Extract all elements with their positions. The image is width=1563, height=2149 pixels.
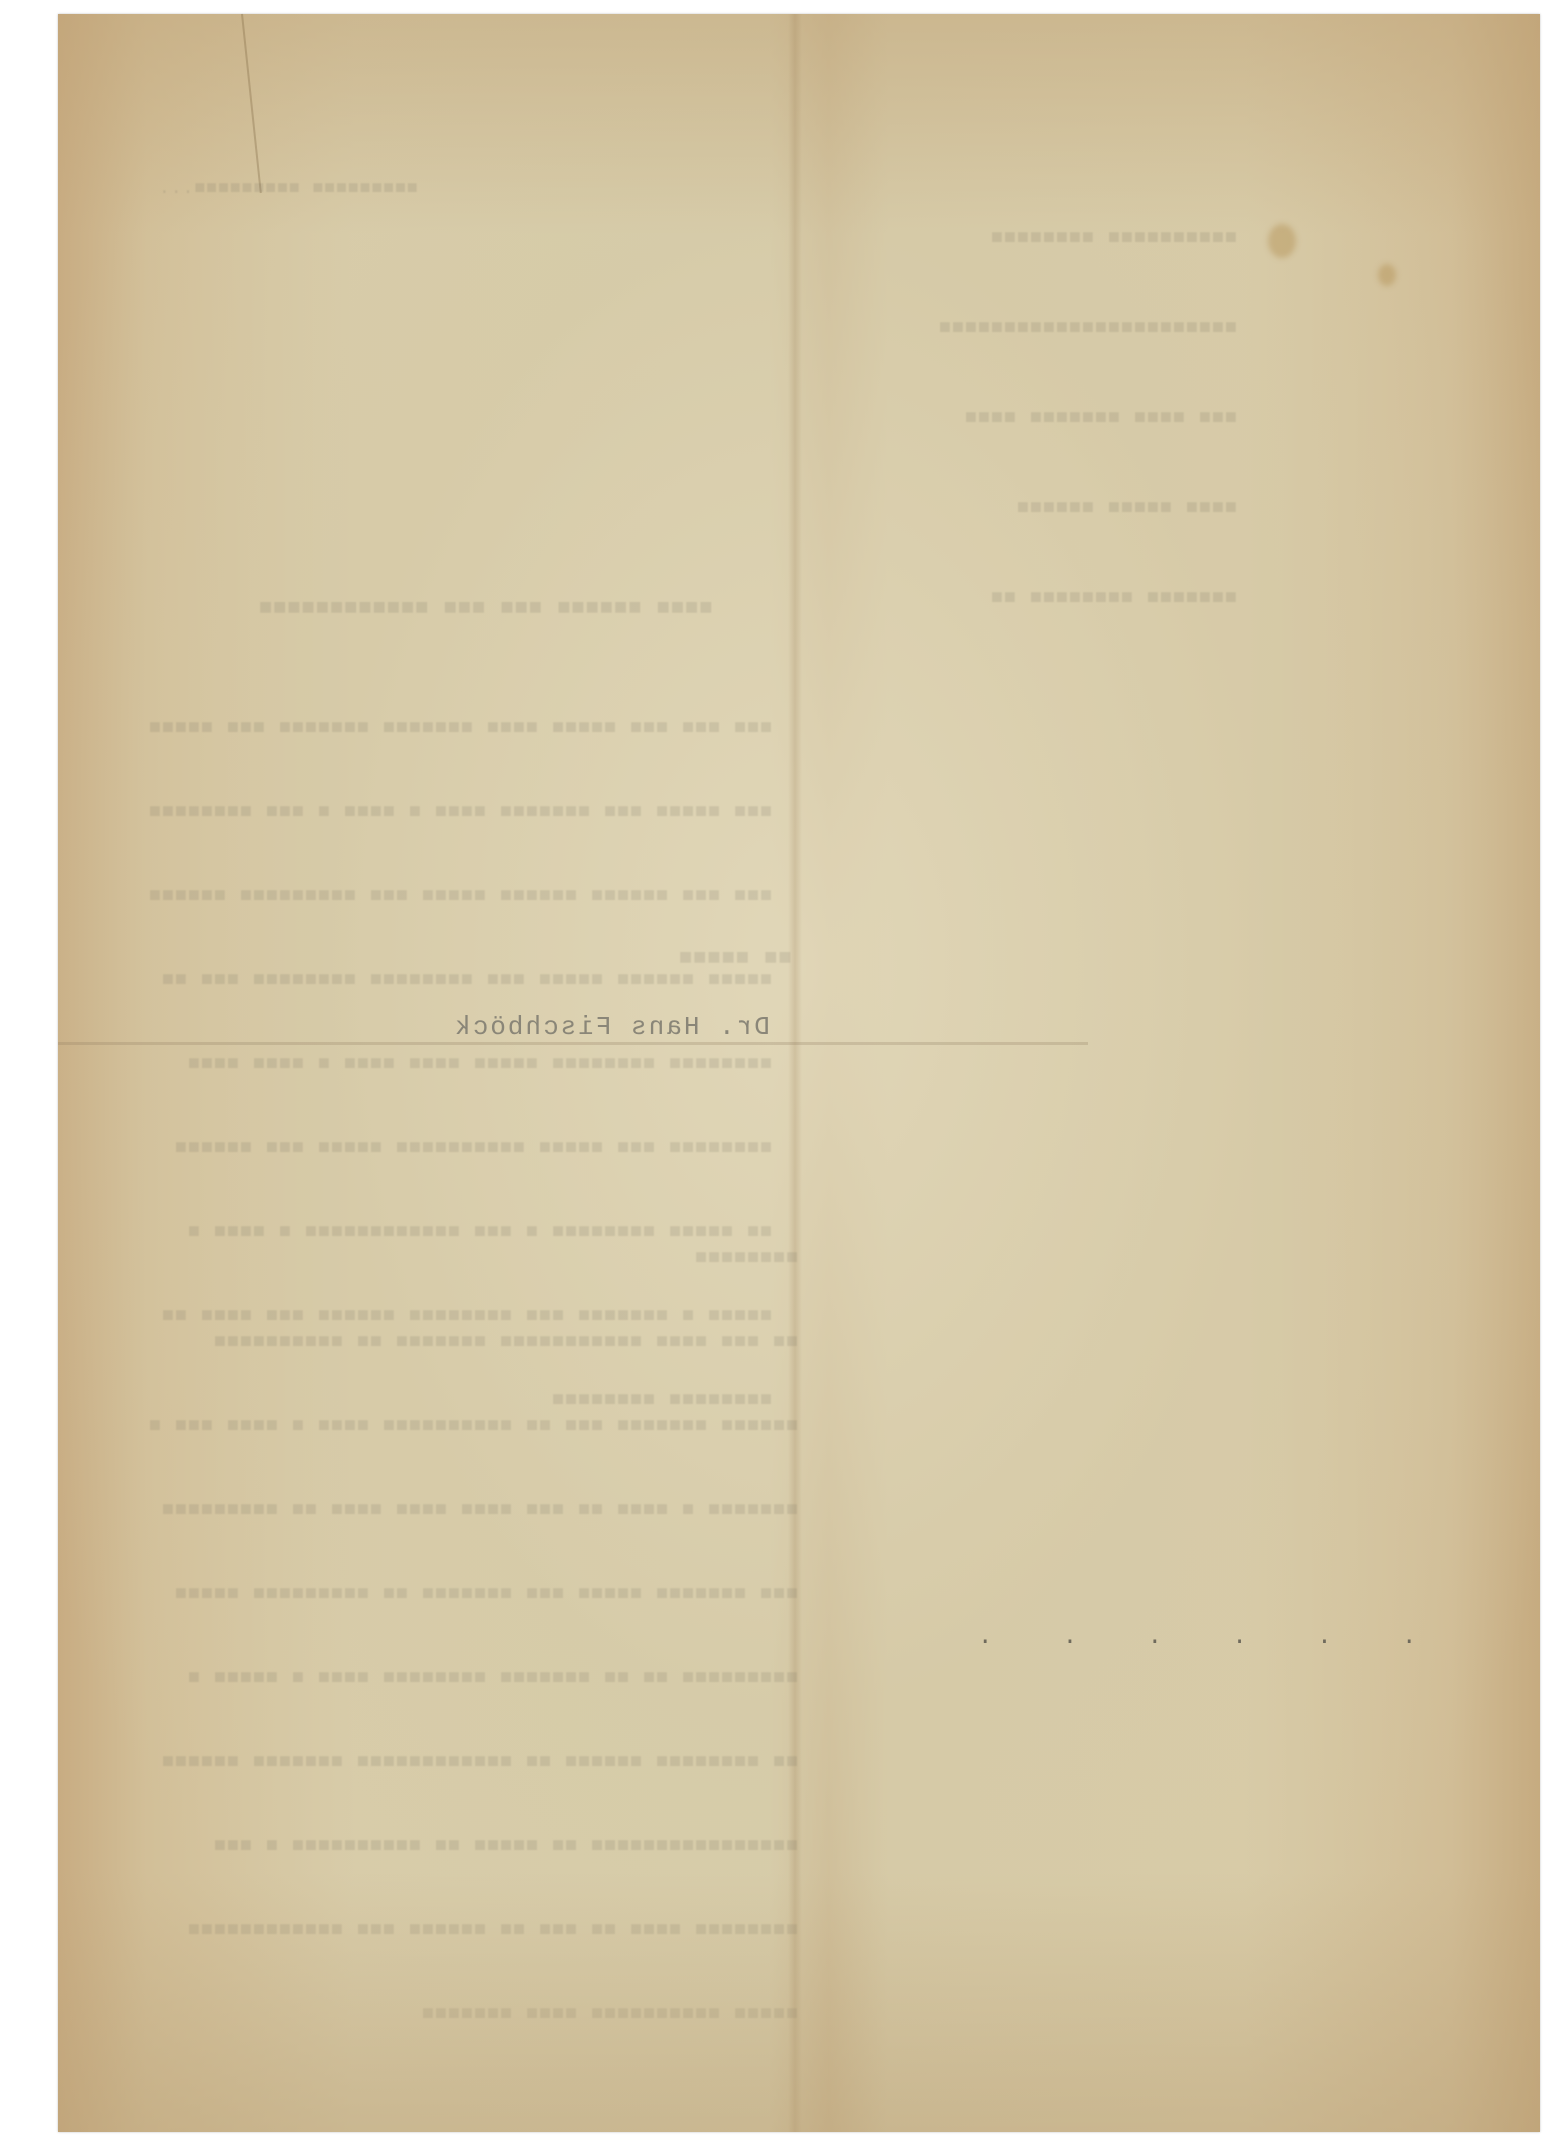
bleed-line: ■■■■■■■■■ ■■ ■■ ■■■■■■■ ■■■■■■■■ ■■■■ ■ …: [148, 1665, 798, 1693]
bleed-line: ■■■ ■■■■■ ■■■ ■■■■■■■ ■■■■ ■ ■■■■ ■ ■■■ …: [148, 799, 772, 827]
bleed-line: ■■■ ■■■ ■■■■■■ ■■■■■■ ■■■■■ ■■■ ■■■■■■■■…: [148, 883, 772, 911]
bleed-line: ■■■■■■■■ ■■■■■■■■ ■■■■■ ■■■■ ■■■■ ■ ■■■■…: [148, 1051, 772, 1079]
bleed-line: ■■■■■■■ ■■■■■■■■ ■■: [938, 584, 1237, 614]
bleed-line: ■■■■■■■■ ■■■■ ■■ ■■■ ■■ ■■■■■■ ■■■ ■■■■■…: [148, 1917, 798, 1945]
foxing-stain: [1378, 264, 1396, 286]
bleed-line: ■■■ ■■■■ ■■■■■■■ ■■■■: [938, 404, 1237, 434]
bleed-through-heading: ■■■■ ■■■■■■ ■■■ ■■■ ■■■■■■■■■■■■: [258, 594, 712, 624]
top-edge-tear: [241, 14, 262, 193]
bleed-through-closing: ■■ ■■■■■: [678, 944, 792, 974]
bleed-line: ■■■■■ ■■■■■■■■■■ ■■■■ ■■■■■■■: [148, 2001, 798, 2029]
bleed-line: ■■■■■■ ■■■■■■■ ■■■ ■■ ■■■■■■■■■■ ■■■■ ■ …: [148, 1413, 798, 1441]
bleed-line: ■■■■■■■■■■ ■■■■■■■■: [938, 224, 1237, 254]
typed-dot-leader: . . . . . .: [978, 1624, 1444, 1651]
paper-sheet: ■■■■■■■■■■ ■■■■■■■■ ■■■■■■■■■■■■■■■■■■■■…: [58, 14, 1540, 2132]
typed-signature: Dr. Hans Fischböck: [453, 1012, 770, 1042]
bleed-through-address-block: ■■■■■■■■■■ ■■■■■■■■ ■■■■■■■■■■■■■■■■■■■■…: [938, 164, 1237, 674]
bleed-line: ■■■ ■■■ ■■■ ■■■■■ ■■■■ ■■■■■■■ ■■■■■■■ ■…: [148, 715, 772, 743]
bleed-line: ■■■■■■■■: [148, 1245, 798, 1273]
bleed-line: ■■■■■■■■■■■■■■■■■■■■■■■: [938, 314, 1237, 344]
bleed-through-reference: ■■■■■■■■■ ■■■■■■■■■...: [158, 174, 418, 204]
bleed-line: ■■■ ■■■■■■■ ■■■■■ ■■■ ■■■■■■■ ■■ ■■■■■■■…: [148, 1581, 798, 1609]
bleed-through-paragraph-2: ■■■■■■■■ ■■ ■■■ ■■■■ ■■■■■■■■■■■ ■■■■■■■…: [148, 1189, 798, 2085]
bleed-line: ■■ ■■■ ■■■■ ■■■■■■■■■■■ ■■■■■■■ ■■ ■■■■■…: [148, 1329, 798, 1357]
bleed-line: ■■■■■■■ ■ ■■■■ ■■ ■■■ ■■■■ ■■■■ ■■■■ ■■ …: [148, 1497, 798, 1525]
bleed-line: ■■■■■■■■ ■■■ ■■■■■ ■■■■■■■■■■ ■■■■■ ■■■ …: [148, 1135, 772, 1163]
bleed-line: ■■ ■■■■■■■■ ■■■■■■ ■■ ■■■■■■■■■■■■ ■■■■■…: [148, 1749, 798, 1777]
bleed-line: ■■■■ ■■■■■ ■■■■■■: [938, 494, 1237, 524]
bleed-line: ■■■■■■■■■■■■■■■■ ■■ ■■■■■ ■■ ■■■■■■■■■■ …: [148, 1833, 798, 1861]
foxing-stain: [1268, 224, 1296, 258]
